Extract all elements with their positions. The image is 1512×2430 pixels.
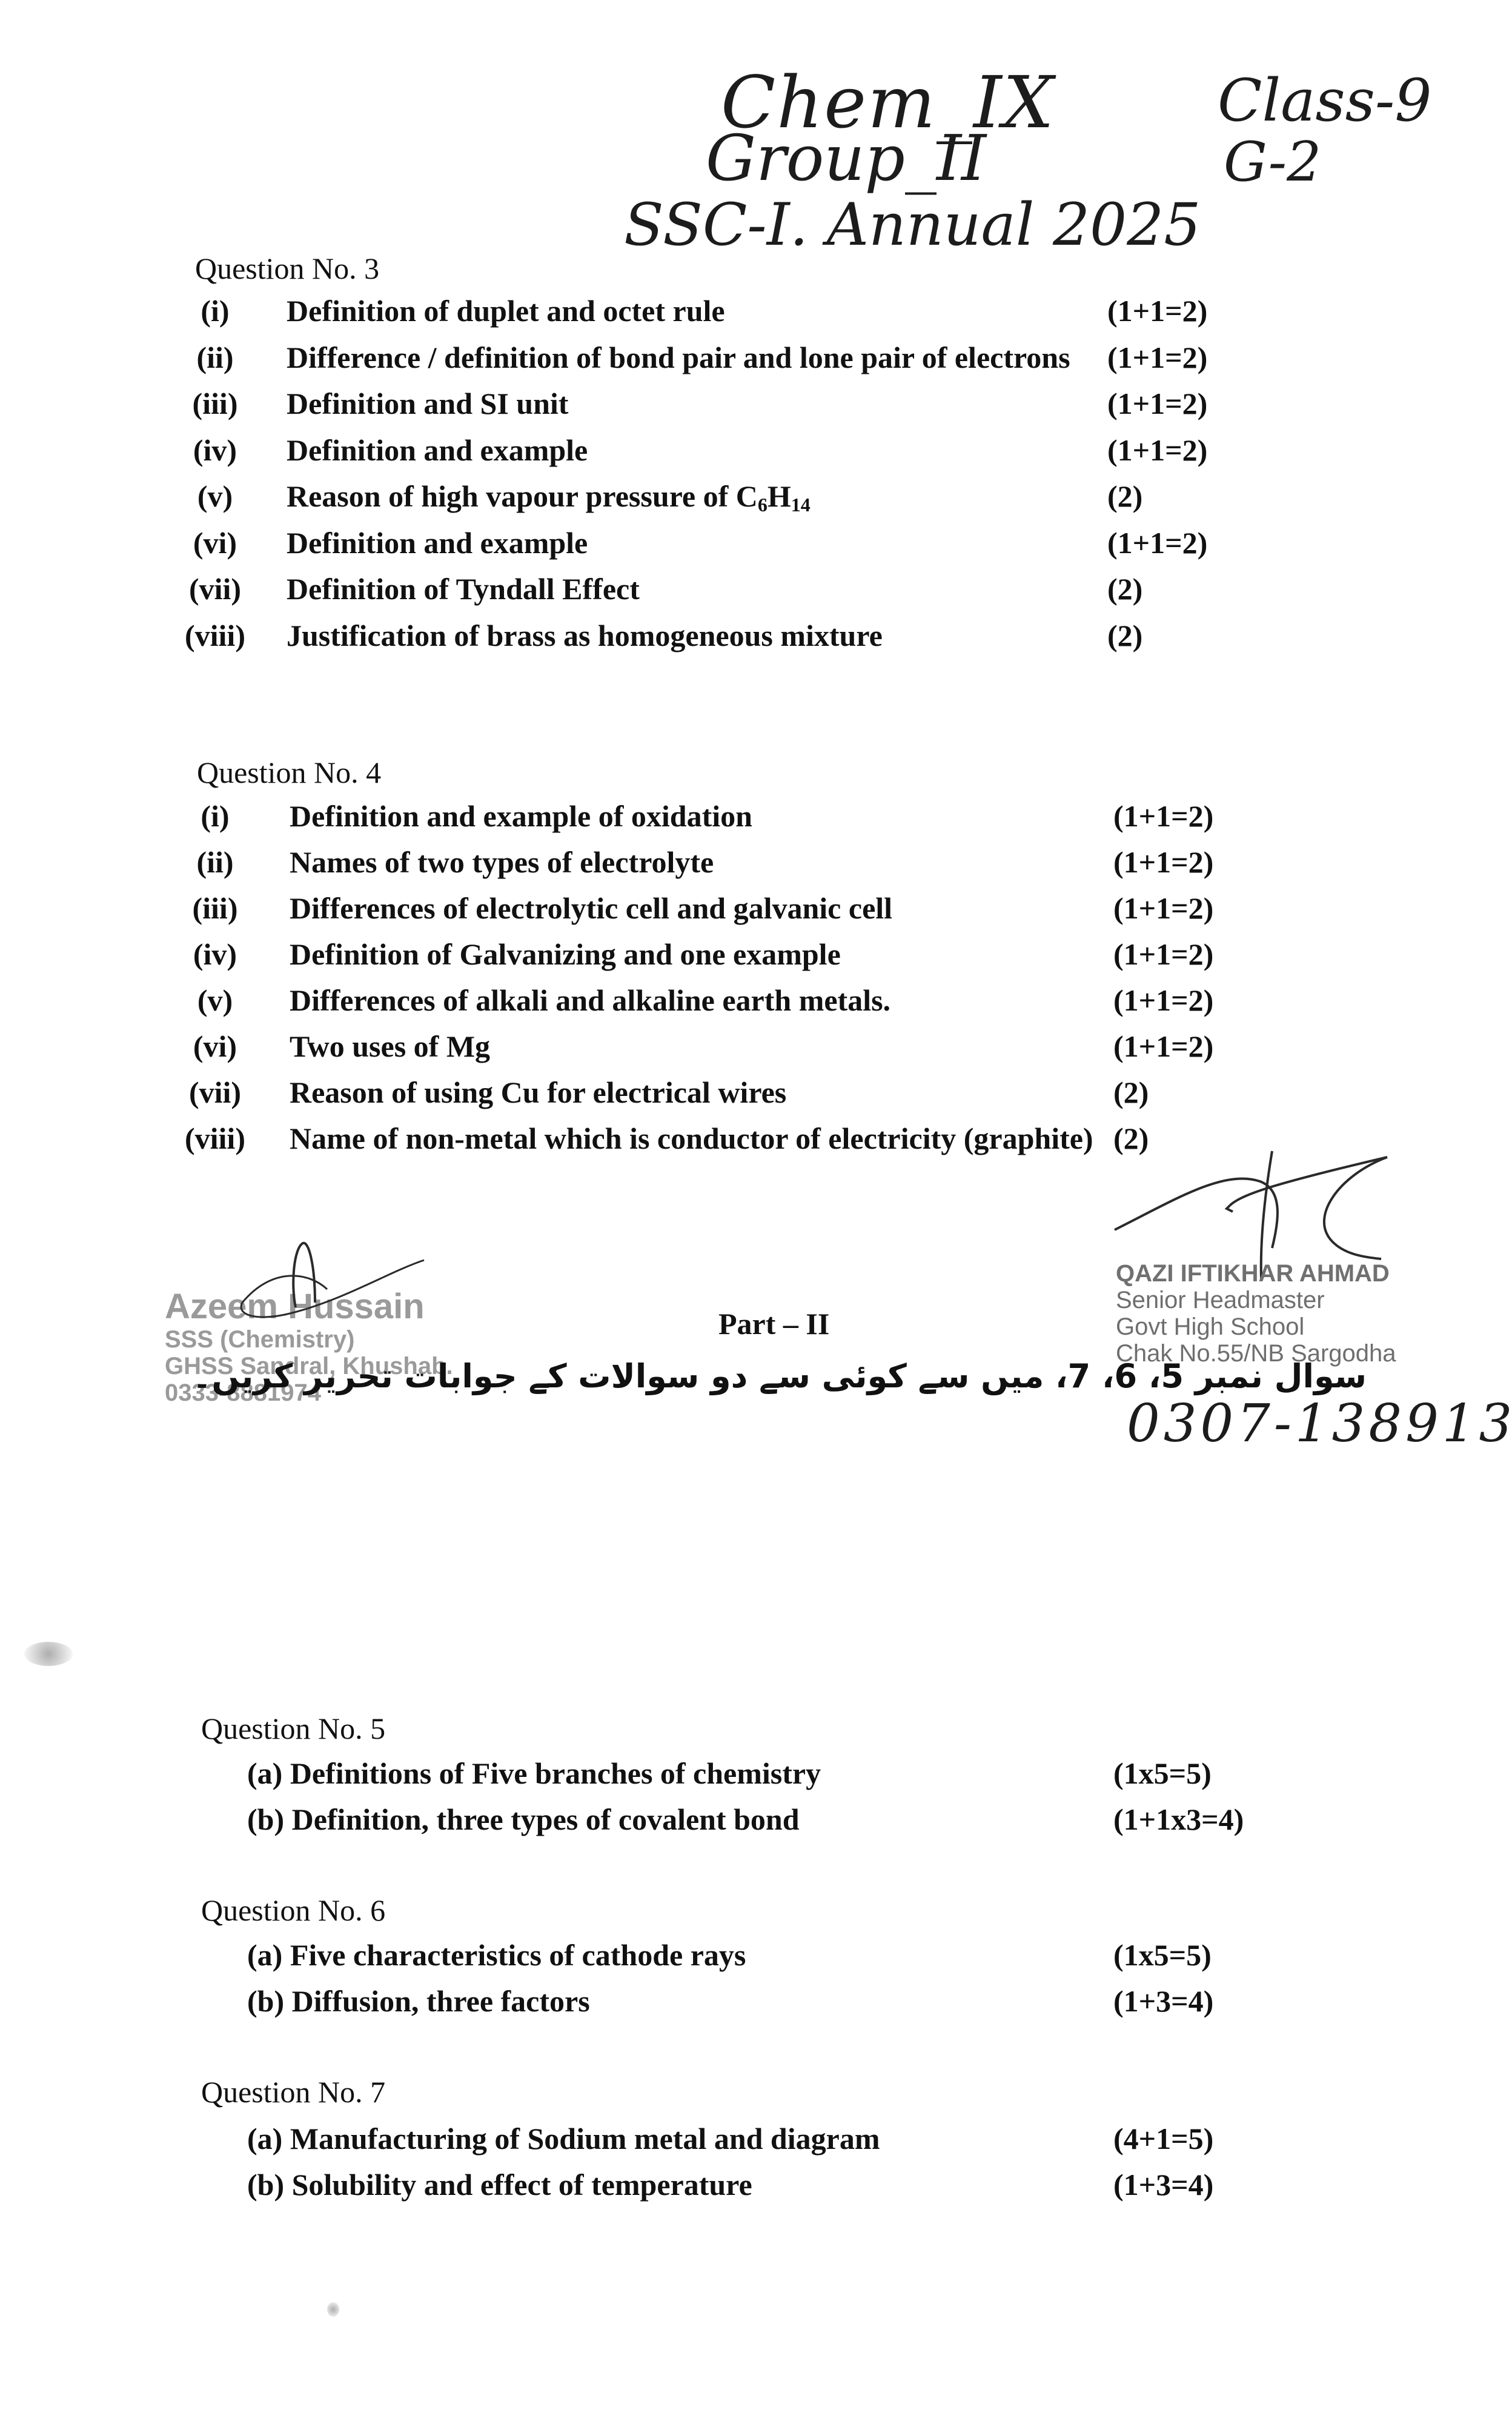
item-marks: (1+1=2) [1113,1031,1213,1061]
handwritten-group: Group_II [706,121,986,195]
item-number: (i) [170,296,260,326]
item-marks: (1+1=2) [1107,296,1207,326]
teacher-signature [218,1236,436,1333]
item-text: Definition of Tyndall Effect [287,574,640,604]
item-number: (iv) [170,939,260,969]
scan-artifact [24,1642,73,1666]
item-text: Manufacturing of Sodium metal and diagra… [290,2122,880,2156]
item-text: Five characteristics of cathode rays [290,1938,746,1972]
subscript: 14 [791,494,811,516]
item-text: Definition and example [287,435,588,465]
list-item: (a) Definitions of Five branches of chem… [247,1758,821,1788]
list-item: (b) Solubility and effect of temperature [247,2169,752,2200]
item-number: (iii) [170,893,260,923]
item-marks: (1+1=2) [1113,847,1213,877]
handwritten-class: Class-9 [1218,67,1431,134]
stamp-name: QAZI IFTIKHAR AHMAD [1116,1260,1396,1287]
item-number: (viii) [170,620,260,651]
stamp-line: Senior Headmaster [1116,1287,1396,1313]
item-text: Definition and example [287,528,588,558]
item-letter: (a) [247,2122,282,2156]
item-number: (vi) [170,1031,260,1061]
item-marks: (1+1x3=4) [1113,1804,1244,1834]
item-marks: (1+1=2) [1107,435,1207,465]
handwritten-group-short: G-2 [1224,130,1321,194]
item-text: Definition, three types of covalent bond [292,1802,800,1836]
question-4-heading: Question No. 4 [197,757,381,788]
item-number: (iv) [170,435,260,465]
item-text: Definition and SI unit [287,388,568,419]
item-marks: (1+3=4) [1113,2169,1213,2200]
item-marks: (2) [1107,574,1142,604]
item-number: (v) [170,985,260,1015]
part-2-title: Part – II [718,1309,829,1339]
item-number: (i) [170,801,260,831]
item-text-part: H [768,479,791,513]
item-text: Name of non-metal which is conductor of … [290,1123,1093,1154]
item-text: Reason of high vapour pressure of C6H14 [287,481,811,514]
item-marks: (1+1=2) [1113,893,1213,923]
question-5-heading: Question No. 5 [201,1713,385,1744]
item-text: Differences of electrolytic cell and gal… [290,893,892,923]
item-text: Definitions of Five branches of chemistr… [290,1756,821,1790]
answer-key-page: Chem_IX Group_II SSC-I. Annual 2025 Clas… [0,0,1512,2430]
item-marks: (2) [1107,620,1142,651]
list-item: (a) Five characteristics of cathode rays [247,1940,746,1970]
question-7-heading: Question No. 7 [201,2077,385,2107]
item-text: Definition of duplet and octet rule [287,296,725,326]
item-number: (vii) [170,574,260,604]
item-number: (ii) [170,342,260,373]
item-text: Diffusion, three factors [292,1984,590,2018]
headmaster-stamp: QAZI IFTIKHAR AHMAD Senior Headmaster Go… [1116,1260,1396,1367]
handwritten-phone: 0307-1389138 [1127,1393,1512,1454]
item-text: Reason of using Cu for electrical wires [290,1077,786,1107]
item-marks: (2) [1107,481,1142,511]
handwritten-exam: SSC-I. Annual 2025 [624,191,1201,259]
item-text: Differences of alkali and alkaline earth… [290,985,890,1015]
item-number: (vii) [170,1077,260,1107]
item-text: Solubility and effect of temperature [292,2168,752,2202]
item-number: (vi) [170,528,260,558]
item-marks: (1x5=5) [1113,1940,1212,1970]
item-number: (v) [170,481,260,511]
item-marks: (1+1=2) [1107,528,1207,558]
item-number: (viii) [170,1123,260,1154]
item-marks: (1+1=2) [1107,342,1207,373]
scan-artifact [327,2302,339,2317]
item-letter: (b) [247,1802,284,1836]
list-item: (a) Manufacturing of Sodium metal and di… [247,2123,880,2154]
item-text: Names of two types of electrolyte [290,847,714,877]
item-text-part: Reason of high vapour pressure of C [287,479,758,513]
item-text: Definition of Galvanizing and one exampl… [290,939,841,969]
list-item: (b) Definition, three types of covalent … [247,1804,800,1834]
item-text: Difference / definition of bond pair and… [287,342,1070,373]
stamp-line: Govt High School [1116,1313,1396,1340]
item-text: Definition and example of oxidation [290,801,752,831]
item-marks: (1+1=2) [1113,985,1213,1015]
question-3-heading: Question No. 3 [195,253,379,284]
item-text: Two uses of Mg [290,1031,490,1061]
item-number: (ii) [170,847,260,877]
subscript: 6 [758,494,768,516]
item-letter: (a) [247,1756,282,1790]
question-6-heading: Question No. 6 [201,1895,385,1925]
item-letter: (b) [247,1984,284,2018]
list-item: (b) Diffusion, three factors [247,1986,590,2016]
item-marks: (1x5=5) [1113,1758,1212,1788]
item-number: (iii) [170,388,260,419]
item-marks: (2) [1113,1077,1149,1107]
part-2-instruction-urdu: سوال نمبر 5، 6، 7، میں سے کوئی سے دو سوا… [193,1357,1367,1395]
item-marks: (4+1=5) [1113,2123,1213,2154]
item-marks: (1+1=2) [1113,801,1213,831]
item-text: Justification of brass as homogeneous mi… [287,620,883,651]
item-marks: (1+1=2) [1107,388,1207,419]
item-marks: (1+1=2) [1113,939,1213,969]
item-letter: (b) [247,2168,284,2202]
item-marks: (1+3=4) [1113,1986,1213,2016]
item-letter: (a) [247,1938,282,1972]
